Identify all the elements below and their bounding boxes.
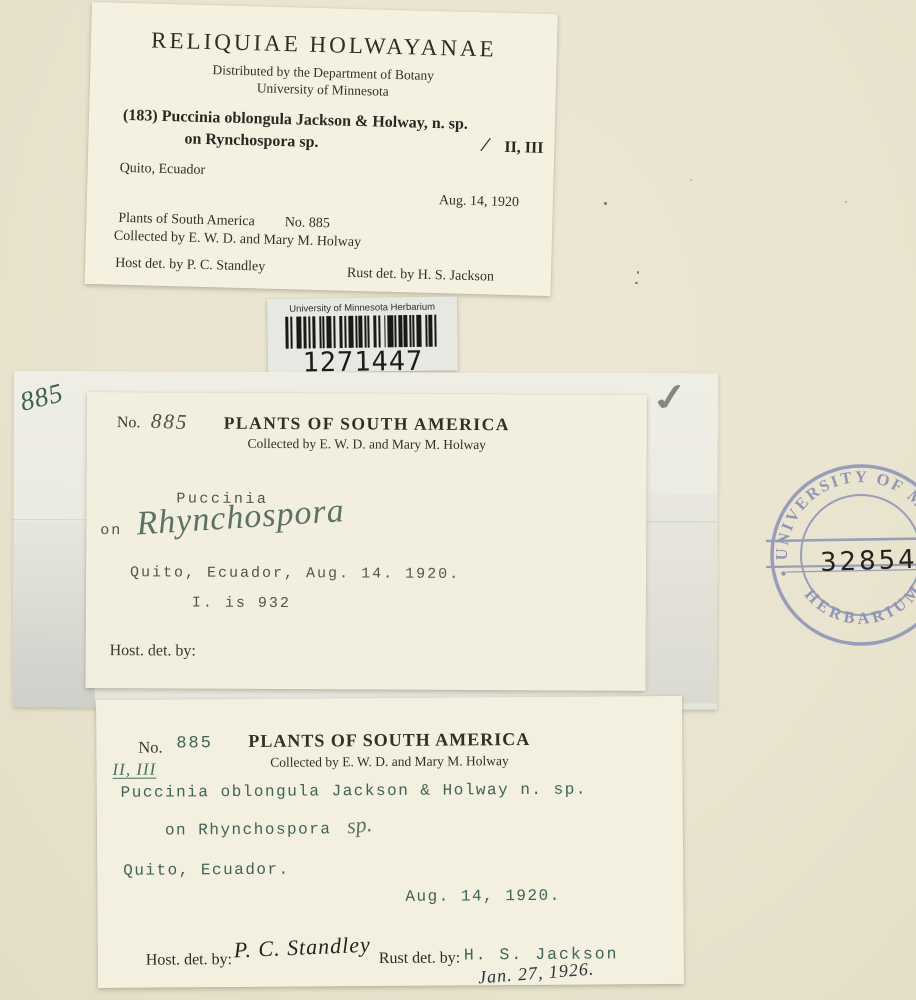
- collectors: Collected by E. W. D. and Mary M. Holway: [87, 435, 647, 454]
- barcode-label: University of Minnesota Herbarium 127144…: [267, 296, 458, 373]
- field-label: No. 885 PLANTS OF SOUTH AMERICA Collecte…: [85, 392, 647, 691]
- collection-number: No. 885: [285, 215, 331, 232]
- check-mark-icon: ✓: [647, 374, 693, 421]
- spore-stages: II, III: [504, 139, 544, 158]
- stamp-arc-bottom-text: HERBARIUM: [801, 579, 916, 628]
- rust-det-name-typed: H. S. Jackson: [464, 944, 619, 964]
- dust-speck: [690, 179, 692, 181]
- host-determiner: Host det. by P. C. Standley: [115, 256, 265, 276]
- stage-note-typed: I. is 932: [192, 595, 291, 613]
- exsiccati-title: RELIQUIAE HOLWAYANAE: [91, 26, 558, 64]
- annotation-label-title: PLANTS OF SOUTH AMERICA: [96, 728, 682, 753]
- handwritten-sp: sp.: [346, 811, 374, 840]
- locality-typed: Quito, Ecuador, Aug. 14. 1920.: [130, 564, 460, 583]
- annotation-label: No. 885 II, III PLANTS OF SOUTH AMERICA …: [96, 696, 684, 988]
- rust-det-label: Rust det. by:: [379, 949, 460, 968]
- collectors: Collected by E. W. D. and Mary M. Holway: [96, 752, 682, 772]
- species-name: (183) Puccinia oblongula Jackson & Holwa…: [123, 107, 468, 134]
- dust-speck: [637, 271, 639, 274]
- tissue-shading-right: [647, 493, 718, 703]
- locality: Quito, Ecuador: [119, 161, 205, 179]
- host-plant: on Rynchospora sp.: [184, 130, 319, 152]
- host-typed: on Rhynchospora: [165, 820, 332, 839]
- series-title: Plants of South America: [118, 211, 255, 231]
- handwritten-slash: /: [480, 132, 490, 158]
- barcode-institution: University of Minnesota Herbarium: [267, 301, 457, 315]
- host-det-label: Host. det. by:: [110, 642, 196, 660]
- field-label-title: PLANTS OF SOUTH AMERICA: [87, 412, 647, 436]
- date-typed: Aug. 14, 1920.: [405, 887, 561, 906]
- dust-speck: [604, 202, 607, 205]
- dust-speck: [845, 201, 847, 203]
- rust-determiner: Rust det. by H. S. Jackson: [347, 266, 494, 286]
- standley-signature: P. C. Standley: [233, 932, 371, 964]
- locality-typed: Quito, Ecuador.: [123, 861, 290, 880]
- species-typed: Puccinia oblongula Jackson & Holway n. s…: [121, 781, 587, 802]
- barcode-bars: [267, 314, 457, 349]
- host-det-label: Host. det. by:: [146, 951, 232, 970]
- collection-date: Aug. 14, 1920: [439, 193, 520, 211]
- handwritten-host: Rhynchospora: [135, 492, 345, 543]
- dust-speck: [635, 282, 638, 284]
- tissue-shading-left: [13, 522, 96, 707]
- on-typed: on: [100, 522, 122, 539]
- svg-text:HERBARIUM: HERBARIUM: [801, 579, 916, 628]
- handwritten-accession-number: 328549: [820, 544, 916, 578]
- herbarium-sheet: RELIQUIAE HOLWAYANAE Distributed by the …: [0, 0, 916, 1000]
- exsiccati-label: RELIQUIAE HOLWAYANAE Distributed by the …: [85, 2, 558, 296]
